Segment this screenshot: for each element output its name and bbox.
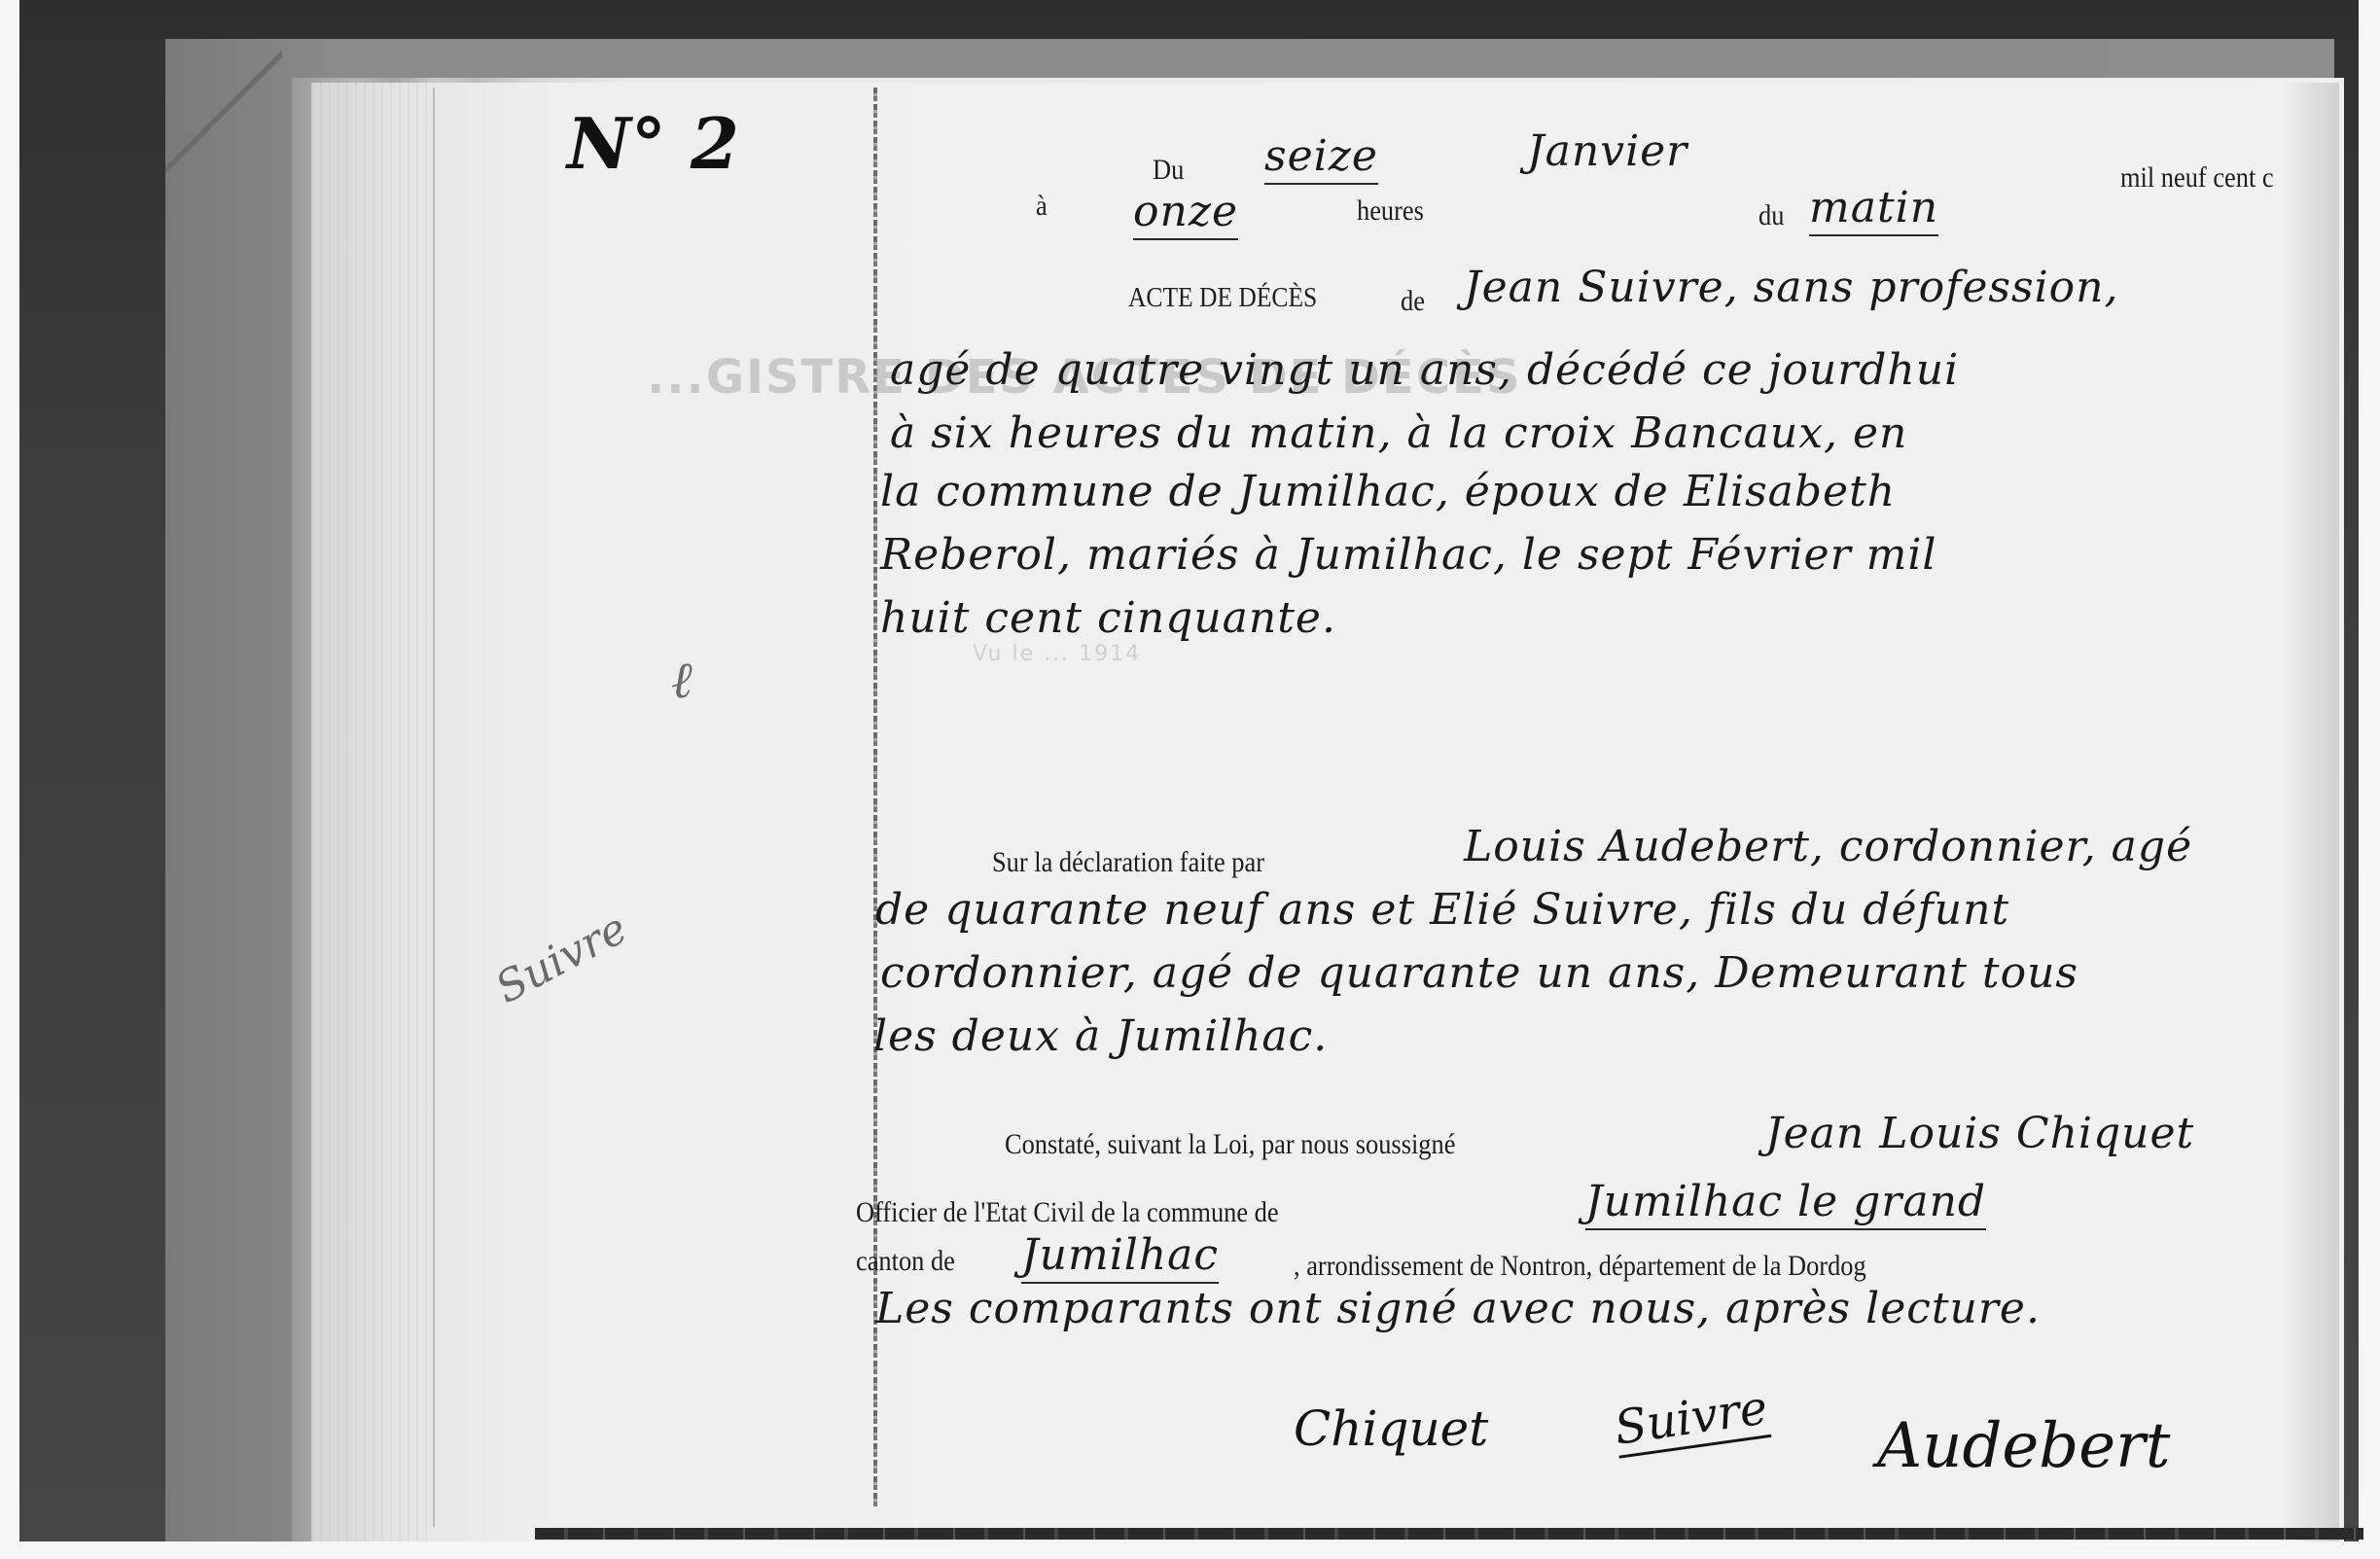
du-label: Du: [1153, 154, 1184, 187]
cover-fold-corner: [165, 44, 282, 180]
arrondissement-label: , arrondissement de Nontron, département…: [1294, 1250, 1866, 1283]
heures-label: heures: [1357, 195, 1424, 228]
bleed-through-line: Vu le ... 1914: [973, 642, 1141, 666]
officer-name: Jean Louis Chiquet: [1765, 1109, 2194, 1158]
constate-label: Constaté, suivant la Loi, par nous souss…: [1005, 1128, 1455, 1161]
signature-chiquet: Chiquet: [1294, 1400, 1488, 1457]
act-line-5: Reberol, mariés à Jumilhac, le sept Févr…: [880, 530, 1936, 580]
canton-value: Jumilhac: [1021, 1230, 1219, 1284]
closing-statement: Les comparants ont signé avec nous, aprè…: [875, 1284, 2041, 1333]
act-de-label: de: [1401, 285, 1425, 318]
canton-label: canton de: [856, 1245, 955, 1278]
declaration-line-1: Louis Audebert, cordonnier, agé: [1464, 822, 2192, 871]
a-label: à: [1036, 190, 1048, 223]
month-value: Janvier: [1527, 126, 1687, 176]
day-value: seize: [1264, 131, 1378, 185]
signature-audebert: Audebert: [1877, 1410, 2170, 1482]
act-line-2: agé de quatre vingt un ans, décédé ce jo…: [890, 345, 1959, 395]
act-title: ACTE DE DÉCÈS: [1128, 282, 1317, 314]
year-label: mil neuf cent c: [2120, 161, 2274, 195]
officier-label: Officier de l'Etat Civil de la commune d…: [856, 1196, 1279, 1229]
declaration-line-2: de quarante neuf ans et Elié Suivre, fil…: [875, 885, 2009, 935]
act-line-3: à six heures du matin, à la croix Bancau…: [890, 408, 1907, 458]
du-matin-label: du: [1758, 199, 1784, 232]
act-line-1: Jean Suivre, sans profession,: [1464, 263, 2118, 312]
page-bottom-edge: [535, 1528, 2363, 1540]
left-margin-rule: [433, 88, 435, 1527]
entry-number: N° 2: [567, 102, 739, 185]
act-line-4: la commune de Jumilhac, époux de Elisabe…: [880, 467, 1896, 516]
act-line-6: huit cent cinquante.: [880, 593, 1336, 643]
declaration-line-3: cordonnier, agé de quarante un ans, Deme…: [880, 948, 2078, 998]
hour-value: onze: [1133, 187, 1238, 240]
commune-value: Jumilhac le grand: [1585, 1177, 1986, 1230]
pencil-mark: ℓ: [671, 652, 693, 710]
period-value: matin: [1809, 183, 1938, 236]
declaration-label: Sur la déclaration faite par: [992, 846, 1264, 879]
declaration-line-4: les deux à Jumilhac.: [873, 1011, 1328, 1061]
